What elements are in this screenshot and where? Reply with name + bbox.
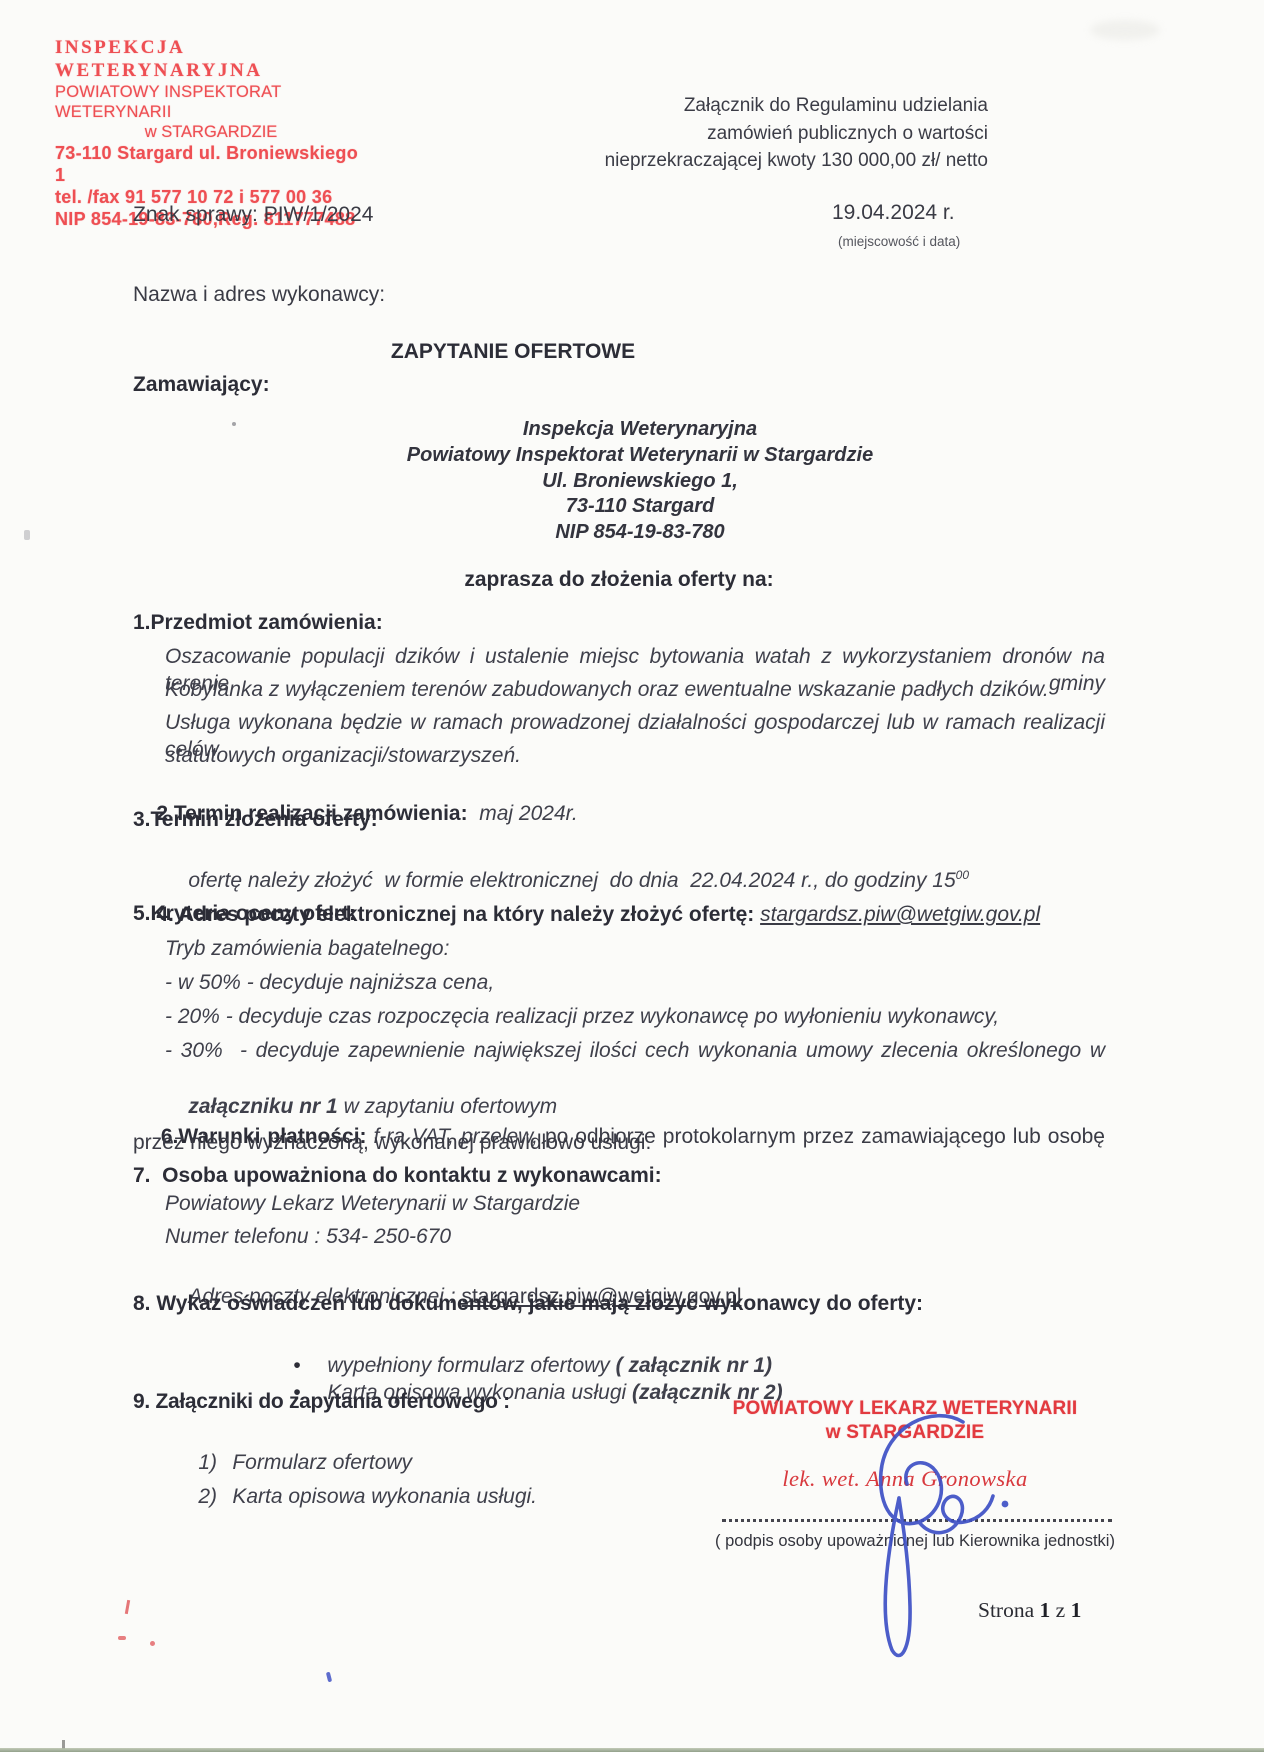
date-caption: (miejscowość i data) bbox=[838, 234, 960, 249]
buyer-address-block: Inspekcja Weterynaryjna Powiatowy Inspek… bbox=[290, 417, 990, 546]
section-1-text-line: statutowych organizacji/stowarzyszeń. bbox=[165, 742, 1105, 769]
section-3-heading: 3.Termin złożenia oferty: bbox=[133, 806, 1105, 833]
buyer-address-line: NIP 854-19-83-780 bbox=[290, 520, 990, 546]
handwritten-signature-scribble bbox=[835, 1398, 1055, 1673]
scan-smudge bbox=[1090, 20, 1160, 40]
page-number-total: 1 bbox=[1071, 1598, 1082, 1622]
criterion-start-time: - 20% - decyduje czas rozpoczęcia realiz… bbox=[165, 1003, 1105, 1030]
invitation-line: zaprasza do złożenia oferty na: bbox=[133, 566, 1105, 593]
attachment-list-item-2: 2)Karta opisowa wykonania usługi. bbox=[175, 1456, 675, 1537]
annex-note-line: Załącznik do Regulaminu udzielania bbox=[600, 92, 988, 120]
page-title: ZAPYTANIE OFERTOWE bbox=[133, 338, 893, 365]
buyer-address-line: Ul. Broniewskiego 1, bbox=[290, 469, 990, 495]
attachment-2-name: Karta opisowa wykonania usługi. bbox=[232, 1485, 537, 1508]
section-1-text-line: Kobylanka z wyłączeniem terenów zabudowa… bbox=[165, 676, 1105, 703]
list-number: 2) bbox=[198, 1483, 232, 1510]
office-stamp-line: 73-110 Stargard ul. Broniewskiego 1 bbox=[55, 142, 367, 186]
scan-speck bbox=[232, 422, 236, 426]
annex-note-line: nieprzekraczającej kwoty 130 000,00 zł/ … bbox=[600, 147, 988, 175]
section-7-heading: 7. Osoba upoważniona do kontaktu z wykon… bbox=[133, 1162, 1105, 1189]
section-1-heading: 1.Przedmiot zamówienia: bbox=[133, 609, 1105, 636]
red-ink-speck bbox=[150, 1641, 155, 1646]
section-8-heading: 8. Wykaz oświadczeń lub dokumentów, jaki… bbox=[133, 1290, 1105, 1317]
scan-edge-line bbox=[0, 1748, 1264, 1752]
buyer-address-line: Inspekcja Weterynaryjna bbox=[290, 417, 990, 443]
scan-speck bbox=[62, 1740, 65, 1749]
red-ink-speck bbox=[118, 1636, 126, 1640]
document-date: 19.04.2024 r. bbox=[832, 199, 1132, 226]
section-6-line-2: przez niego wyznaczoną, wykonanej prawid… bbox=[133, 1129, 1105, 1156]
red-ink-speck bbox=[125, 1600, 130, 1614]
section-5-heading: 5.Kryteria oceny ofert: bbox=[133, 900, 1105, 927]
annex-note-line: zamówień publicznych o wartości bbox=[600, 120, 988, 148]
criterion-price: - w 50% - decyduje najniższa cena, bbox=[165, 969, 1105, 996]
contractor-address-label: Nazwa i adres wykonawcy: bbox=[133, 281, 1105, 308]
section-5-text-line: Tryb zamówienia bagatelnego: bbox=[165, 935, 1105, 962]
blue-ink-speck bbox=[326, 1672, 332, 1683]
office-stamp-line: w STARGARDZIE bbox=[55, 122, 367, 142]
office-stamp-line: INSPEKCJA WETERYNARYJNA bbox=[55, 36, 367, 82]
scanned-document-page: INSPEKCJA WETERYNARYJNA POWIATOWY INSPEK… bbox=[0, 0, 1264, 1752]
buyer-label: Zamawiający: bbox=[133, 371, 1105, 398]
contact-person: Powiatowy Lekarz Weterynarii w Stargardz… bbox=[165, 1190, 1105, 1217]
criterion-features: - 30% - decyduje zapewnienie największej… bbox=[165, 1037, 1105, 1064]
buyer-address-line: 73-110 Stargard bbox=[290, 494, 990, 520]
office-stamp-line: POWIATOWY INSPEKTORAT WETERYNARII bbox=[55, 82, 367, 122]
buyer-address-line: Powiatowy Inspektorat Weterynarii w Star… bbox=[290, 443, 990, 469]
contact-phone: Numer telefonu : 534- 250-670 bbox=[165, 1223, 1105, 1250]
annex-note: Załącznik do Regulaminu udzielania zamów… bbox=[600, 92, 988, 175]
scan-speck bbox=[24, 530, 30, 540]
